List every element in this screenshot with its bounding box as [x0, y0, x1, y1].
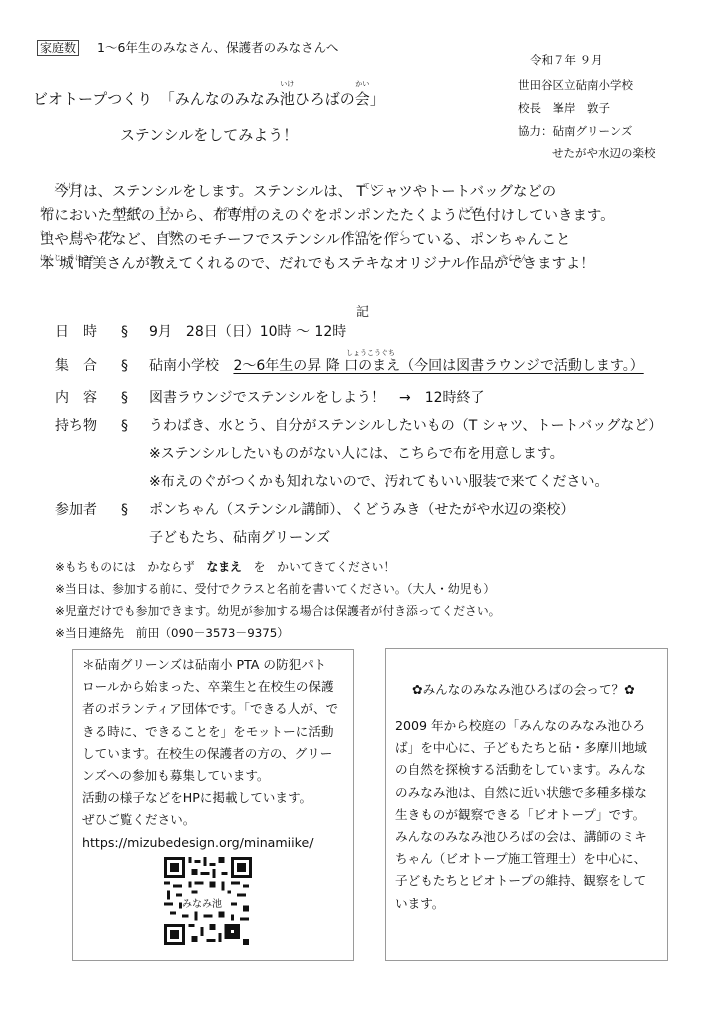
detail-row-meeting: 集 合§砧南小学校 2～6年生の昇 降 口のまえ（今回は図書ラウンジで活動します…	[55, 355, 644, 375]
ruby-text: うえ	[158, 198, 172, 222]
detail-label: 日 時	[55, 321, 121, 341]
box-text: 者のボランティア団体です。「できる人が、で	[82, 698, 338, 720]
ruby-text: かたがみ	[114, 198, 142, 222]
section-mark: §	[121, 418, 149, 434]
flower-icon: ✿	[412, 682, 423, 697]
box-text: みんなのみなみ池ひろばの会は、講師のミキ	[395, 826, 647, 848]
header: 家庭数 1～6年生のみなさん、保護者のみなさんへ	[37, 38, 338, 56]
section-mark: §	[121, 502, 149, 518]
detail-value: うわばき、水とう、自分がステンシルしたいもの（T シャツ、トートバッグなど）	[149, 418, 662, 434]
ruby-text: むし	[40, 222, 54, 246]
notice-mark: 記	[356, 301, 369, 320]
ruby-text: ぬの	[40, 198, 54, 222]
ruby-text: しぜん	[160, 222, 181, 246]
detail-row-datetime: 日 時§9月 28日（日）10時 ～ 12時	[55, 321, 346, 341]
box-text: の自然を探検する活動をしています。みんな	[395, 759, 647, 781]
intro-paragraph: 今月は、ステンシルをします。ステンシルは、 T シャツやトートバッグなどの こん…	[40, 180, 680, 276]
ruby-text: こんげつ	[54, 174, 82, 198]
about-heading-text: みんなのみなみ池ひろばの会って？	[423, 682, 625, 697]
detail-value: 9月 28日（日）10時 ～ 12時	[149, 324, 346, 340]
ruby-text: さくひん	[346, 222, 374, 246]
intro-line-3: 虫や鳥や花など、自然のモチーフでステンシル作品を作っている、ポンちゃんこと むし…	[40, 228, 680, 252]
box-text: ちゃん（ビオトープ施工管理士）を中心に、	[395, 848, 647, 870]
cooperation-line: 協力：砧南グリーンズ	[518, 123, 632, 139]
section-mark: §	[121, 324, 149, 340]
ruby-text: つく	[392, 222, 406, 246]
qr-label: みなみ池	[182, 895, 222, 910]
note-emphasis: なまえ	[206, 560, 241, 574]
note-text: を かいてきてください！	[242, 560, 395, 574]
note-1: ※もちものには かならず なまえ を かいてきてください！	[55, 557, 395, 577]
ruby-text: おし	[150, 246, 164, 270]
box-text: ぜひご覧ください。	[82, 809, 338, 831]
box-text: 2009 年から校庭の「みんなのみなみ池ひろ	[395, 715, 647, 737]
detail-label: 持ち物	[55, 415, 121, 435]
note-4-contact: ※当日連絡先 前田（090－3573－9375）	[55, 623, 289, 643]
ruby-base: 会	[355, 90, 370, 108]
about-box: ✿みんなのみなみ池ひろばの会って？✿ 2009 年から校庭の「みんなのみなみ池ひ…	[385, 648, 668, 961]
detail-label: 内 容	[55, 387, 121, 407]
note-3: ※児童だけでも参加できます。幼児が参加する場合は保護者が付き添ってください。	[55, 601, 500, 621]
ruby-text: ぬのせんよう	[216, 198, 258, 222]
box-text: しています。在校生の保護者の方の、グリー	[82, 743, 338, 765]
ruby-text: とり	[70, 222, 84, 246]
meeting-place: 2～6年生の昇 降 口のまえ（今回は図書ラウンジで活動します。）	[233, 358, 643, 374]
belongings-note-1: ※ステンシルしたいものがない人には、こちらで布を用意します。	[149, 443, 564, 463]
qr-code[interactable]: みなみ池	[164, 857, 252, 945]
ruby-text: はな	[102, 222, 116, 246]
box-text: きる時に、できることを」をモットーに活動	[82, 721, 338, 743]
detail-label: 集 合	[55, 355, 121, 375]
box-text: 活動の様子などをHPに掲載しています。	[82, 787, 338, 809]
section-mark: §	[121, 390, 149, 406]
detail-label: 参加者	[55, 499, 121, 519]
detail-value: ポンちゃん（ステンシル講師）、くどうみき（せたがや水辺の楽校）	[149, 502, 574, 518]
box-text: のみなみ池は、自然に近い状態で多種多様な	[395, 782, 647, 804]
box-text: ＊砧南グリーンズは砧南小 PTA の防犯パト	[82, 654, 338, 676]
school-name: 世田谷区立砧南小学校	[518, 77, 633, 93]
belongings-note-2: ※布えのぐがつくかも知れないので、汚れてもいい服装で来てください。	[149, 471, 608, 491]
cooperation-line-2: せたがや水辺の楽校	[552, 145, 656, 161]
title-middle: ひろばの	[295, 90, 355, 108]
about-heading: ✿みんなのみなみ池ひろばの会って？✿	[412, 679, 635, 698]
issue-date: 令和７年 ９月	[530, 52, 603, 68]
intro-line-4: 本 城 晴美さんが教えてくれるので、だれでもステキなオリジナル作品ができますよ！…	[40, 252, 680, 276]
ruby-text: いろづ	[461, 198, 482, 222]
ruby-text: いけ	[280, 80, 295, 88]
detail-value: 砧南小学校	[149, 358, 219, 374]
ruby-text: ほんじょうはるみ	[40, 246, 96, 270]
ruby-text: てぃー	[363, 174, 384, 198]
box-text: います。	[395, 893, 647, 915]
ruby-text: しょうこうぐち	[346, 348, 395, 358]
category-badge: 家庭数	[37, 40, 79, 56]
box-text: 生きものが観察できる「ビオトープ」です。	[395, 804, 647, 826]
principal-name: 校長 峯岸 敦子	[518, 100, 610, 116]
detail-row-participants: 参加者§ポンちゃん（ステンシル講師）、くどうみき（せたがや水辺の楽校）	[55, 499, 574, 519]
audience-text: 1～6年生のみなさん、保護者のみなさんへ	[97, 40, 338, 55]
detail-row-content: 内 容§図書ラウンジでステンシルをしよう！ → 12時終了	[55, 387, 485, 407]
flower-icon: ✿	[624, 682, 635, 697]
ruby-kai: かい会	[355, 88, 370, 109]
greens-info-box: ＊砧南グリーンズは砧南小 PTA の防犯パト ロールから始まった、卒業生と在校生…	[72, 649, 354, 961]
page-title: ビオトープつくり 「みんなのみなみいけ池ひろばのかい会」	[33, 88, 385, 109]
ruby-base: 池	[280, 90, 295, 108]
note-2: ※当日は、参加する前に、受付でクラスと名前を書いてください。（大人・幼児も）	[55, 579, 495, 599]
page-subtitle: ステンシルをしてみよう！	[120, 124, 298, 145]
ruby-ike: いけ池	[280, 88, 295, 109]
title-suffix: 」	[370, 90, 385, 108]
title-prefix: ビオトープつくり 「みんなのみなみ	[33, 90, 280, 108]
ruby-text: かい	[355, 80, 370, 88]
box-text: 子どもたちとビオトープの維持、観察をして	[395, 870, 647, 892]
ruby-text: さくひん	[500, 246, 528, 270]
note-text: ※もちものには かならず	[55, 560, 206, 574]
detail-row-belongings: 持ち物§うわばき、水とう、自分がステンシルしたいもの（T シャツ、トートバッグな…	[55, 415, 662, 435]
participants-extra: 子どもたち、砧南グリーンズ	[149, 527, 330, 547]
intro-text: 虫や鳥や花など、自然のモチーフでステンシル作品を作っている、ポンちゃんこと	[40, 232, 570, 248]
website-link[interactable]: https://mizubedesign.org/minamiike/	[82, 832, 338, 854]
detail-value: 図書ラウンジでステンシルをしよう！ → 12時終了	[149, 390, 485, 406]
box-text: ンズへの参加も募集しています。	[82, 765, 338, 787]
box-text: ば」を中心に、子どもたちと砧・多摩川地域	[395, 737, 647, 759]
section-mark: §	[121, 358, 149, 374]
box-text: ロールから始まった、卒業生と在校生の保護	[82, 676, 338, 698]
